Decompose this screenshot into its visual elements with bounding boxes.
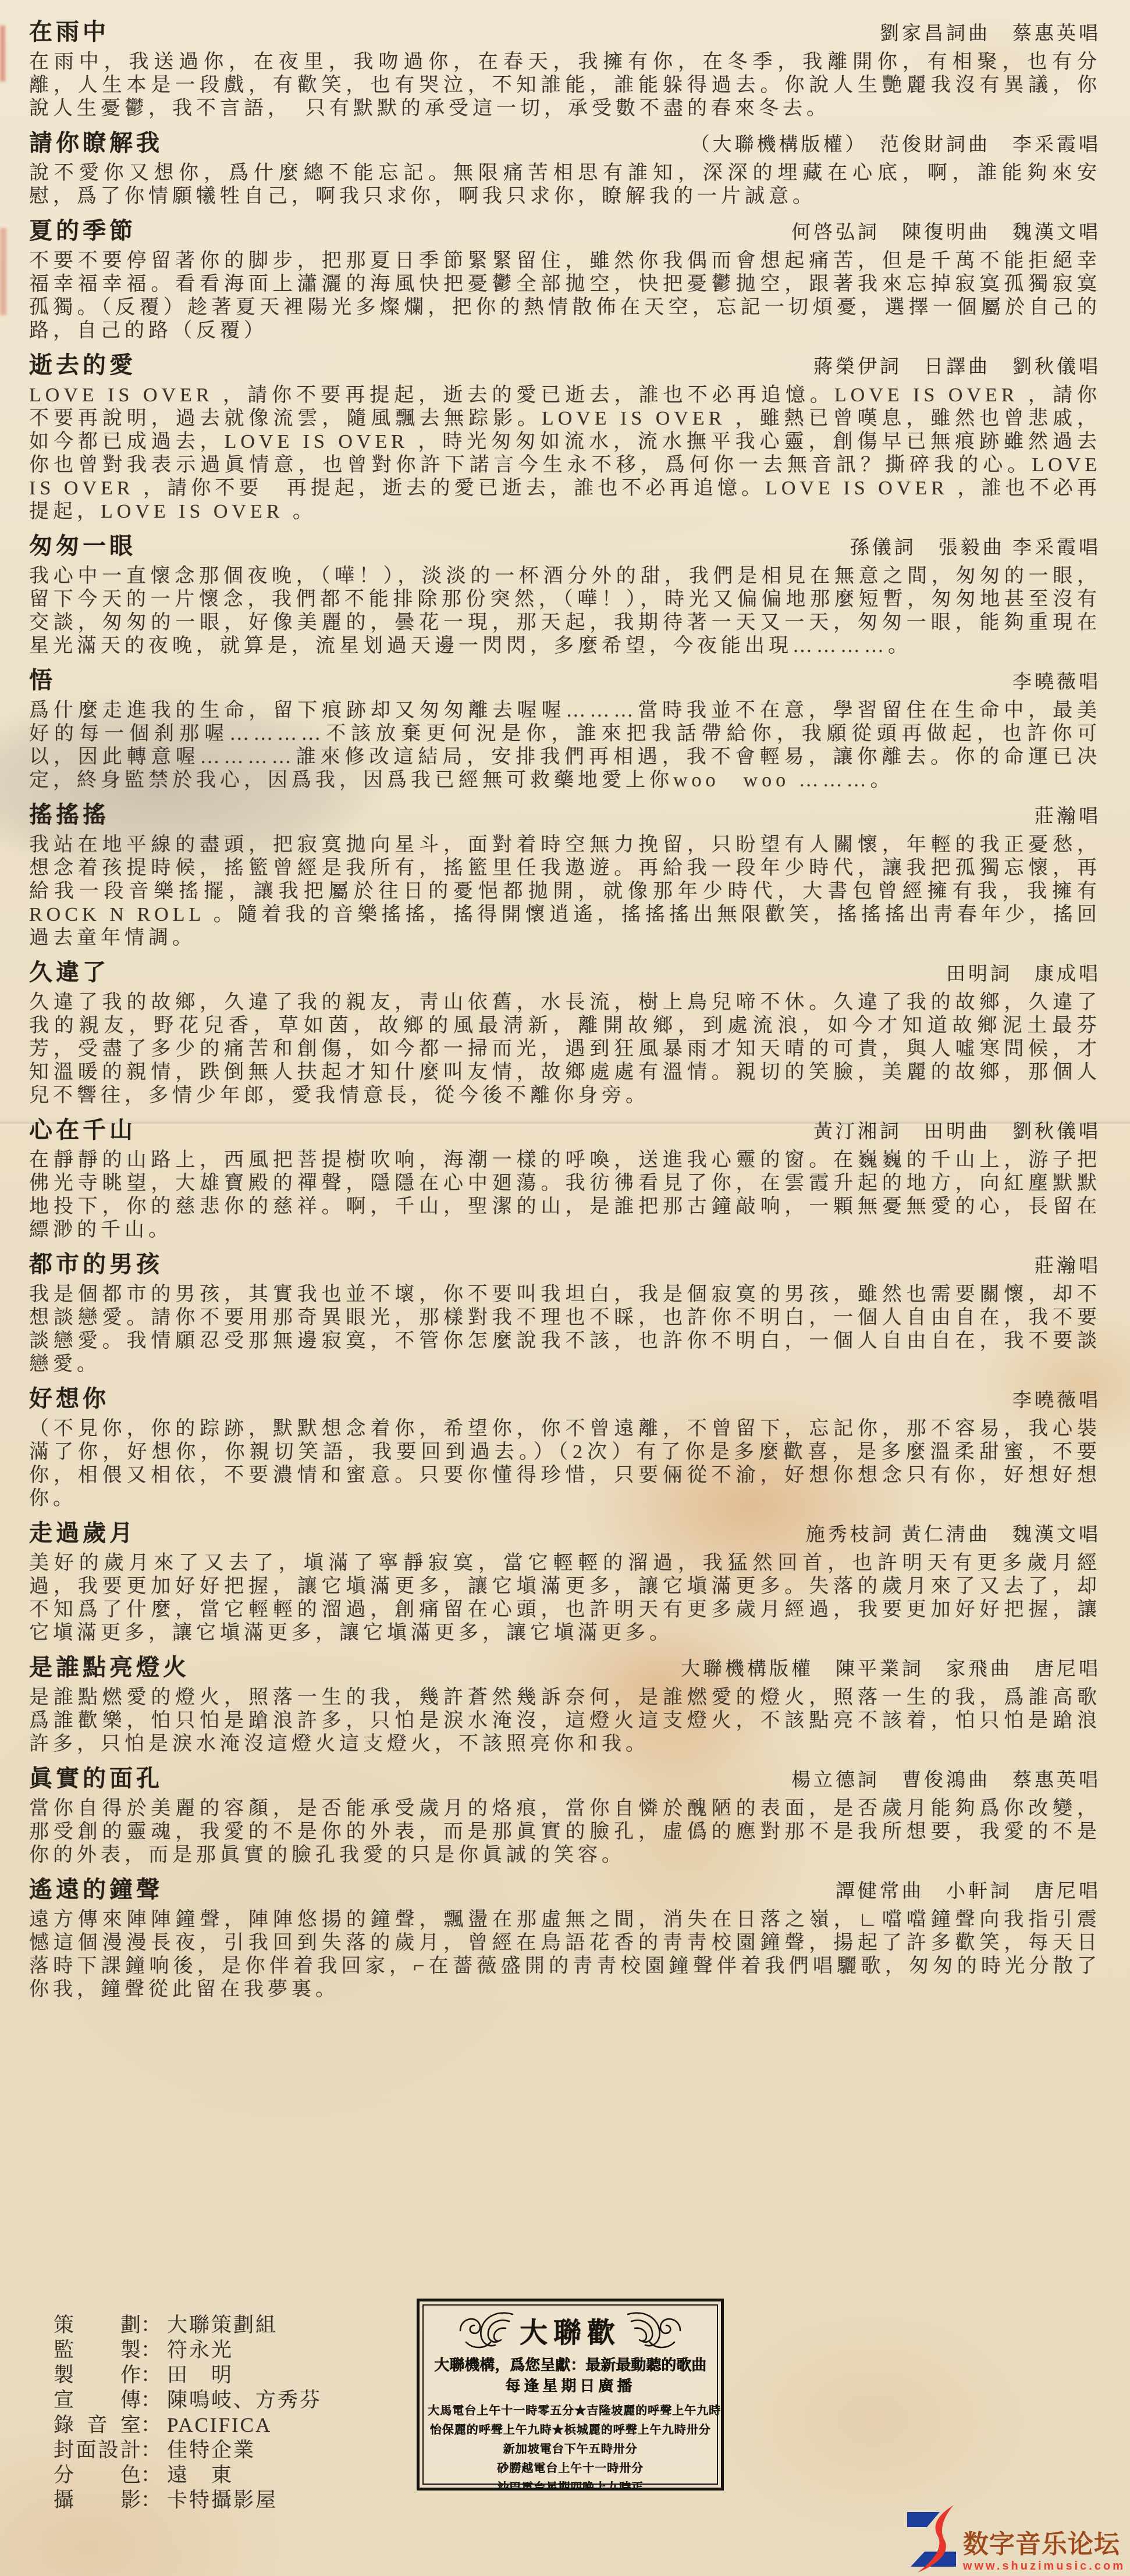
flourish-right-icon: [624, 2308, 685, 2351]
song-header: 夏的季節 何啓弘詞 陳復明曲 魏漢文唱: [29, 216, 1101, 247]
song-lyrics: 在靜靜的山路上，西風把菩提樹吹响，海潮一樣的呼喚，送進我心靈的窗。在巍巍的千山上…: [29, 1149, 1101, 1242]
song-title: 搖搖搖: [29, 800, 109, 829]
credit-label: 錄音室: [54, 2413, 141, 2438]
credit-colon: ：: [141, 2338, 161, 2363]
credit-label: 宣傳: [54, 2388, 141, 2413]
song-header: 久違了 田明詞 康成唱: [29, 958, 1101, 989]
song-credits: 李曉薇唱: [1012, 668, 1101, 697]
ad-subline: 每逢星期日廣播: [428, 2377, 713, 2396]
song-block: 搖搖搖 莊瀚唱 我站在地平線的盡頭，把寂寞拋向星斗，面對着時空無力挽留，只盼望有…: [29, 800, 1101, 950]
song-block: 逝去的愛 蔣榮伊詞 日譯曲 劉秋儀唱 LOVE IS OVER ，請你不要再提起…: [29, 351, 1101, 523]
song-credits: 莊瀚唱: [1035, 1252, 1101, 1281]
song-header: 眞實的面孔 楊立德詞 曹俊鴻曲 蔡惠英唱: [29, 1764, 1101, 1795]
song-lyrics: 久違了我的故鄉，久違了我的親友，靑山依舊，水長流，樹上鳥兒啼不休。久違了我的故鄉…: [29, 991, 1101, 1107]
forum-watermark: 数字音乐论坛 www.shuzimusic.com: [905, 2503, 1125, 2574]
song-credits: （大聯機構版權） 范俊財詞曲 李采霞唱: [691, 130, 1101, 159]
song-lyrics: 說不愛你又想你，爲什麼總不能忘記。無限痛苦相思有誰知，深深的埋藏在心底，啊，誰能…: [29, 162, 1101, 208]
credit-value: 陳鳴岐、方秀芬: [167, 2389, 322, 2411]
song-header: 是誰點亮燈火 大聯機構版權 陳平業詞 家飛曲 唐尼唱: [29, 1653, 1101, 1684]
credit-label: 分色: [54, 2463, 141, 2488]
song-title: 心在千山: [29, 1116, 136, 1145]
ad-title: 大聯歡: [520, 2310, 621, 2350]
song-header: 匆匆一眼 孫儀詞 張毅曲 李采霞唱: [29, 532, 1101, 562]
song-lyrics: 遠方傳來陣陣鐘聲，陣陣悠揚的鐘聲，飄盪在那虛無之間，消失在日落之嶺，∟噹噹鐘聲向…: [29, 1908, 1101, 2001]
edge-ink-smudge: [0, 228, 6, 315]
edge-ink-smudge: [0, 26, 5, 81]
credit-colon: ：: [141, 2363, 161, 2388]
song-lyrics: 我是個都市的男孩，其實我也並不壞，你不要叫我坦白，我是個寂寞的男孩，雖然也需要關…: [29, 1283, 1101, 1376]
song-title: 都市的男孩: [29, 1250, 163, 1279]
credit-label: 監製: [54, 2338, 141, 2363]
song-lyrics: 是誰點燃愛的燈火，照落一生的我，幾許蒼然幾訴奈何，是誰燃愛的燈火，照落一生的我，…: [29, 1686, 1101, 1756]
song-credits: 楊立德詞 曹俊鴻曲 蔡惠英唱: [791, 1766, 1101, 1795]
watermark-url: www.shuzimusic.com: [963, 2559, 1125, 2574]
broadcast-schedule-line: 大馬電台上午十一時零五分★吉隆坡麗的呼聲上午九時: [428, 2402, 713, 2421]
song-header: 在雨中 劉家昌詞曲 蔡惠英唱: [29, 17, 1101, 48]
song-credits: 大聯機構版權 陳平業詞 家飛曲 唐尼唱: [681, 1655, 1101, 1684]
song-header: 請你瞭解我 （大聯機構版權） 范俊財詞曲 李采霞唱: [29, 129, 1101, 159]
song-header: 遙遠的鐘聲 譚健常曲 小軒詞 唐尼唱: [29, 1875, 1101, 1906]
credit-colon: ：: [141, 2313, 161, 2338]
song-lyrics: 我心中一直懷念那個夜晚，（嘩！），淡淡的一杯酒分外的甜，我們是相見在無意之間，匆…: [29, 565, 1101, 658]
credit-colon: ：: [141, 2413, 161, 2438]
song-lyrics: LOVE IS OVER ，請你不要再提起，逝去的愛已逝去，誰也不必再追憶。LO…: [29, 384, 1101, 523]
song-credits: 莊瀚唱: [1035, 802, 1101, 831]
song-credits: 施秀枝詞 黃仁淸曲 魏漢文唱: [806, 1520, 1101, 1549]
song-block: 匆匆一眼 孫儀詞 張毅曲 李采霞唱 我心中一直懷念那個夜晚，（嘩！），淡淡的一杯…: [29, 532, 1101, 658]
credit-value: 田 明: [167, 2364, 233, 2386]
credit-label: 製作: [54, 2363, 141, 2388]
credit-value: 大聯策劃組: [167, 2314, 278, 2336]
song-block: 在雨中 劉家昌詞曲 蔡惠英唱 在雨中，我送過你，在夜里，我吻過你，在春天，我擁有…: [29, 17, 1101, 120]
song-credits: 黃汀湘詞 田明曲 劉秋儀唱: [813, 1117, 1101, 1146]
song-title: 久違了: [29, 958, 109, 987]
forum-logo-icon: [905, 2503, 958, 2574]
broadcast-schedule-line: 怡保麗的呼聲上午九時★梹城麗的呼聲上午九時卅分: [428, 2421, 713, 2440]
song-title: 走過歲月: [29, 1519, 136, 1548]
song-block: 是誰點亮燈火 大聯機構版權 陳平業詞 家飛曲 唐尼唱 是誰點燃愛的燈火，照落一生…: [29, 1653, 1101, 1756]
song-header: 心在千山 黃汀湘詞 田明曲 劉秋儀唱: [29, 1116, 1101, 1146]
credit-value: PACIFICA: [167, 2414, 272, 2436]
song-header: 走過歲月 施秀枝詞 黃仁淸曲 魏漢文唱: [29, 1519, 1101, 1549]
watermark-site-name: 数字音乐论坛: [963, 2531, 1120, 2559]
song-header: 逝去的愛 蔣榮伊詞 日譯曲 劉秋儀唱: [29, 351, 1101, 382]
production-credit-row: 封面設計：佳特企業: [54, 2438, 322, 2463]
credit-label: 攝影: [54, 2488, 141, 2513]
production-credit-row: 策劃：大聯策劃組: [54, 2313, 322, 2338]
credit-label: 封面設計: [54, 2438, 141, 2463]
song-lyrics: 當你自得於美麗的容顏，是否能承受歲月的烙痕，當你自憐於醜陋的表面，是否歲月能夠爲…: [29, 1797, 1101, 1867]
song-credits: 孫儀詞 張毅曲 李采霞唱: [850, 533, 1101, 562]
credit-label: 策劃: [54, 2313, 141, 2338]
credit-colon: ：: [141, 2438, 161, 2463]
song-title: 逝去的愛: [29, 351, 136, 380]
song-block: 久違了 田明詞 康成唱 久違了我的故鄉，久違了我的親友，靑山依舊，水長流，樹上鳥…: [29, 958, 1101, 1107]
song-credits: 何啓弘詞 陳復明曲 魏漢文唱: [791, 218, 1101, 247]
song-lyrics: 不要不要停留著你的脚步，把那夏日季節緊緊留住，雖然你我偶而會想起痛苦，但是千萬不…: [29, 250, 1101, 343]
production-credit-row: 攝影：卡特攝影屋: [54, 2488, 322, 2513]
production-credit-row: 宣傳：陳鳴岐、方秀芬: [54, 2388, 322, 2413]
song-block: 請你瞭解我 （大聯機構版權） 范俊財詞曲 李采霞唱 說不愛你又想你，爲什麼總不能…: [29, 129, 1101, 208]
song-lyrics: 美好的歲月來了又去了，塡滿了寧靜寂寞，當它輕輕的溜過，我猛然回首，也許明天有更多…: [29, 1552, 1101, 1645]
song-header: 悟 李曉薇唱: [29, 666, 1101, 697]
song-title: 匆匆一眼: [29, 532, 136, 561]
song-block: 都市的男孩 莊瀚唱 我是個都市的男孩，其實我也並不壞，你不要叫我坦白，我是個寂寞…: [29, 1250, 1101, 1376]
song-title: 請你瞭解我: [29, 129, 163, 158]
song-title: 夏的季節: [29, 216, 136, 245]
credit-colon: ：: [141, 2463, 161, 2488]
song-title: 好想你: [29, 1384, 109, 1413]
production-credit-row: 製作：田 明: [54, 2363, 322, 2388]
ad-title-row: 大聯歡: [428, 2308, 713, 2351]
ad-tagline: 大聯機構，爲您呈獻：最新最動聽的歌曲: [428, 2356, 713, 2375]
song-credits: 田明詞 康成唱: [946, 960, 1101, 989]
credit-value: 符永光: [167, 2339, 233, 2361]
song-title: 是誰點亮燈火: [29, 1653, 190, 1682]
production-credits: 策劃：大聯策劃組 監製：符永光 製作：田 明 宣傳：陳鳴岐、方秀芬 錄音室：PA…: [54, 2313, 322, 2513]
song-block: 眞實的面孔 楊立德詞 曹俊鴻曲 蔡惠英唱 當你自得於美麗的容顏，是否能承受歲月的…: [29, 1764, 1101, 1867]
song-credits: 譚健常曲 小軒詞 唐尼唱: [836, 1877, 1101, 1906]
song-list: 在雨中 劉家昌詞曲 蔡惠英唱 在雨中，我送過你，在夜里，我吻過你，在春天，我擁有…: [29, 9, 1101, 2010]
song-title: 在雨中: [29, 17, 109, 47]
ad-inner: 大聯歡 大聯機構，爲您呈獻：最新最動聽的歌曲 每逢星期日廣播 大馬電台上午十一時…: [420, 2301, 721, 2491]
song-block: 走過歲月 施秀枝詞 黃仁淸曲 魏漢文唱 美好的歲月來了又去了，塡滿了寧靜寂寞，當…: [29, 1519, 1101, 1645]
song-title: 眞實的面孔: [29, 1764, 163, 1793]
song-block: 遙遠的鐘聲 譚健常曲 小軒詞 唐尼唱 遠方傳來陣陣鐘聲，陣陣悠揚的鐘聲，飄盪在那…: [29, 1875, 1101, 2001]
song-title: 遙遠的鐘聲: [29, 1875, 163, 1904]
song-header: 搖搖搖 莊瀚唱: [29, 800, 1101, 831]
song-header: 都市的男孩 莊瀚唱: [29, 1250, 1101, 1281]
watermark-text: 数字音乐论坛 www.shuzimusic.com: [963, 2531, 1125, 2574]
song-lyrics: 在雨中，我送過你，在夜里，我吻過你，在春天，我擁有你，在冬季，我離開你，有相聚，…: [29, 51, 1101, 120]
radio-program-ad-box: 大聯歡 大聯機構，爲您呈獻：最新最動聽的歌曲 每逢星期日廣播 大馬電台上午十一時…: [417, 2299, 724, 2491]
production-credit-row: 錄音室：PACIFICA: [54, 2413, 322, 2438]
song-block: 心在千山 黃汀湘詞 田明曲 劉秋儀唱 在靜靜的山路上，西風把菩提樹吹响，海潮一樣…: [29, 1116, 1101, 1242]
credit-colon: ：: [141, 2488, 161, 2513]
song-header: 好想你 李曉薇唱: [29, 1384, 1101, 1415]
credit-value: 卡特攝影屋: [167, 2489, 278, 2511]
song-title: 悟: [29, 666, 56, 695]
broadcast-schedule: 大馬電台上午十一時零五分★吉隆坡麗的呼聲上午九時 怡保麗的呼聲上午九時★梹城麗的…: [428, 2402, 713, 2491]
credit-value: 遠 東: [167, 2464, 233, 2486]
broadcast-schedule-line: 砂朥越電台上午十一時卅分: [428, 2459, 713, 2478]
song-credits: 李曉薇唱: [1012, 1386, 1101, 1415]
song-block: 悟 李曉薇唱 爲什麼走進我的生命，留下痕跡却又匆匆離去喔喔………當時我並不在意，…: [29, 666, 1101, 792]
song-block: 夏的季節 何啓弘詞 陳復明曲 魏漢文唱 不要不要停留著你的脚步，把那夏日季節緊緊…: [29, 216, 1101, 343]
flourish-left-icon: [456, 2308, 516, 2351]
song-credits: 劉家昌詞曲 蔡惠英唱: [880, 19, 1101, 48]
production-credit-row: 分色：遠 東: [54, 2463, 322, 2488]
credit-value: 佳特企業: [167, 2439, 255, 2461]
song-lyrics: 我站在地平線的盡頭，把寂寞拋向星斗，面對着時空無力挽留，只盼望有人關懷，年輕的我…: [29, 833, 1101, 950]
broadcast-schedule-line: 沙巴電台星期四晚上九時正: [428, 2478, 713, 2491]
song-credits: 蔣榮伊詞 日譯曲 劉秋儀唱: [813, 352, 1101, 382]
song-lyrics: （不見你，你的踪跡，默默想念着你，希望你，你不曾遠離，不曾留下，忘記你，那不容易…: [29, 1417, 1101, 1510]
broadcast-schedule-line: 新加坡電台下午五時卅分: [428, 2440, 713, 2459]
production-credit-row: 監製：符永光: [54, 2338, 322, 2363]
song-lyrics: 爲什麼走進我的生命，留下痕跡却又匆匆離去喔喔………當時我並不在意，學習留住在生命…: [29, 699, 1101, 792]
song-block: 好想你 李曉薇唱 （不見你，你的踪跡，默默想念着你，希望你，你不曾遠離，不曾留下…: [29, 1384, 1101, 1510]
credit-colon: ：: [141, 2388, 161, 2413]
